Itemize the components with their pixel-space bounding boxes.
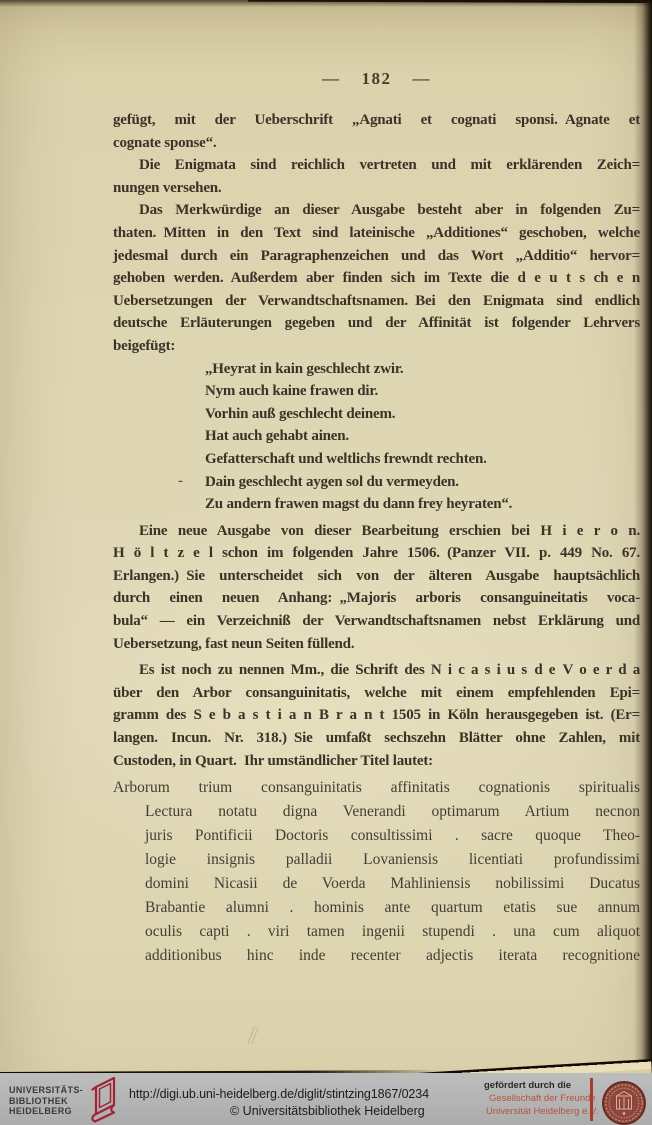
scanned-page: — 182 — gefügt, mit der Ueberschrift „Ag… <box>0 0 652 1125</box>
copyright-line: © Universitätsbibliothek Heidelberg <box>230 1104 425 1118</box>
text-line: Zu andern frawen magst du dann frey heyr… <box>113 493 640 516</box>
university-seal <box>601 1080 647 1125</box>
text-line: Das Merkwürdige an dieser Ausgabe besteh… <box>113 199 640 222</box>
text-line: Es ist noch zu nennen Mm., die Schrift d… <box>113 659 640 682</box>
library-name-line3: HEIDELBERG <box>9 1106 83 1117</box>
text-line: bula“ — ein Verzeichniß der Verwandtscha… <box>113 610 640 633</box>
scan-url: http://digi.ub.uni-heidelberg.de/diglit/… <box>129 1087 429 1101</box>
text-line: langen. Incun. Nr. 318.) Sie umfaßt sech… <box>113 727 640 750</box>
pencil-mark <box>245 1025 258 1044</box>
text-line: über den Arbor consanguinitatis, welche … <box>113 682 640 705</box>
text-line: gehoben werden. Außerdem aber finden sic… <box>113 267 640 290</box>
text-line: Vorhin auß geschlecht deinem. <box>113 403 640 426</box>
text-line: oculis capti . viri tamen ingenii stupen… <box>113 920 640 944</box>
text-line: Lectura notatu digna Venerandi optimarum… <box>113 800 640 824</box>
funding-note: gefördert durch die Gesellschaft der Fre… <box>484 1079 598 1118</box>
text-line: durch einen neuen Anhang: „Majoris arbor… <box>113 587 640 610</box>
funding-line2: Gesellschaft der Freunde <box>484 1092 598 1105</box>
text-line: logie insignis palladii Lovaniensis lice… <box>113 848 640 872</box>
text-line: Uebersetzungen der Verwandtschaftsnamen.… <box>113 290 640 313</box>
footer-bar: UNIVERSITÄTS- BIBLIOTHEK HEIDELBERG http… <box>0 1073 652 1125</box>
text-line: beigefügt: <box>113 335 640 358</box>
text-line: jedesmal durch ein Paragraphenzeichen un… <box>113 245 640 268</box>
ub-logo <box>84 1075 122 1125</box>
text-line: „Heyrat in kain geschlecht zwir. <box>113 358 640 381</box>
text-line: Brabantie alumni . hominis ante quartum … <box>113 896 640 920</box>
text-line: gefügt, mit der Ueberschrift „Agnati et … <box>113 109 640 132</box>
text-line: gramm des S e b a s t i a n B r a n t 15… <box>113 704 640 727</box>
text-line: Hat auch gehabt ainen. <box>113 425 640 448</box>
text-line: Eine neue Ausgabe von dieser Bearbeitung… <box>113 520 640 543</box>
text-line: cognate sponse“. <box>113 132 640 155</box>
library-name: UNIVERSITÄTS- BIBLIOTHEK HEIDELBERG <box>9 1085 83 1117</box>
text-line: nungen versehen. <box>113 177 640 200</box>
page-header: — 182 — <box>113 66 640 92</box>
margin-mark: - <box>178 470 183 493</box>
text-line: Gefatterschaft und weltlichs frewndt rec… <box>113 448 640 471</box>
text-line: Custoden, in Quart. Ihr umständlicher Ti… <box>113 750 640 773</box>
text-line: thaten. Mitten in den Text sind lateinis… <box>113 222 640 245</box>
text-line: additionibus hinc inde recenter adjectis… <box>113 944 640 968</box>
text-line: Erlangen.) Sie unterscheidet sich von de… <box>113 565 640 588</box>
funding-line1: gefördert durch die <box>484 1079 598 1092</box>
text-line: Nym auch kaine frawen dir. <box>113 380 640 403</box>
page-number: 182 <box>362 66 392 92</box>
open-book-icon <box>84 1075 122 1124</box>
separator-line <box>590 1078 593 1121</box>
page-text-column: gefügt, mit der Ueberschrift „Agnati et … <box>113 109 640 968</box>
seal-icon <box>601 1080 647 1125</box>
text-line: juris Pontificii Doctoris consultissimi … <box>113 824 640 848</box>
header-dash-right: — <box>413 66 432 92</box>
text-line: Uebersetzung, fast neun Seiten füllend. <box>113 633 640 656</box>
library-name-line2: BIBLIOTHEK <box>9 1096 83 1107</box>
text-line: domini Nicasii de Voerda Mahliniensis no… <box>113 872 640 896</box>
text-line: H ö l t z e l schon im folgenden Jahre 1… <box>113 542 640 565</box>
header-dash-left: — <box>322 66 341 92</box>
text-line: Die Enigmata sind reichlich vertreten un… <box>113 154 640 177</box>
text-line: Dain geschlecht aygen sol du vermeyden. <box>113 471 640 494</box>
library-name-line1: UNIVERSITÄTS- <box>9 1085 83 1096</box>
text-line: Arborum trium consanguinitatis affinitat… <box>113 776 640 800</box>
text-line: deutsche Erläuterungen gegeben und der A… <box>113 312 640 335</box>
funding-line3: Universität Heidelberg e.V. <box>484 1105 598 1118</box>
